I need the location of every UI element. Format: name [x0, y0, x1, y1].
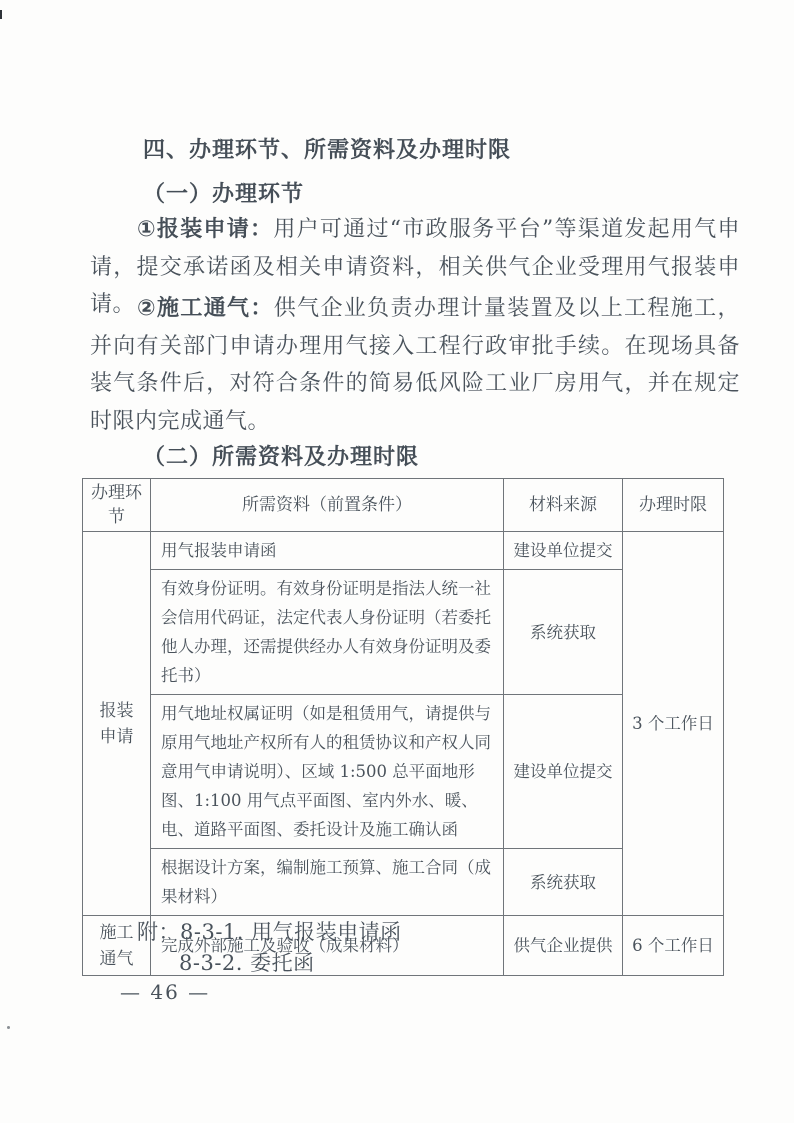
- paragraph-2: ②施工通气：供气企业负责办理计量装置及以上工程施工，并向有关部门申请办理用气接入…: [90, 290, 740, 440]
- materials-table: 办理环节 所需资料（前置条件） 材料来源 办理时限 报装申请 用气报装申请函 建…: [82, 478, 724, 976]
- source-cell: 系统获取: [504, 849, 623, 916]
- document-page: 四、办理环节、所需资料及办理时限 （一）办理环节 ①报装申请：用户可通过“市政服…: [0, 0, 794, 1123]
- table-header-row: 办理环节 所需资料（前置条件） 材料来源 办理时限: [83, 479, 724, 532]
- header-cell-materials: 所需资料（前置条件）: [151, 479, 504, 532]
- time-cell-3days: 3 个工作日: [623, 532, 724, 916]
- attachment-label: 附：: [137, 920, 180, 944]
- table-row: 报装申请 用气报装申请函 建设单位提交 3 个工作日: [83, 532, 724, 570]
- scan-artifact-edge: [0, 10, 2, 19]
- header-cell-stage: 办理环节: [83, 479, 151, 532]
- stage-cell-baozhuang: 报装申请: [83, 532, 151, 916]
- attachment-item-1: 8-3-1. 用气报装申请函: [180, 920, 402, 944]
- main-heading: 四、办理环节、所需资料及办理时限: [90, 137, 744, 165]
- material-cell: 用气地址权属证明（如是租赁用气，请提供与原用气地址产权所有人的租赁协议和产权人同…: [151, 695, 504, 849]
- paragraph-2-lead: ②施工通气：: [137, 296, 274, 321]
- material-cell: 用气报装申请函: [151, 532, 504, 570]
- source-cell: 建设单位提交: [504, 532, 623, 570]
- header-cell-time: 办理时限: [623, 479, 724, 532]
- time-cell-6days: 6 个工作日: [623, 916, 724, 976]
- attachment-item-2: 8-3-2. 委托函: [137, 948, 402, 979]
- page-number: — 46 —: [120, 980, 210, 1004]
- attachment-item: 附：8-3-1. 用气报装申请函: [137, 917, 402, 948]
- section-1-title: （一）办理环节: [90, 180, 744, 208]
- material-cell: 有效身份证明。有效身份证明是指法人统一社会信用代码证，法定代表人身份证明（若委托…: [151, 570, 504, 695]
- source-cell: 建设单位提交: [504, 695, 623, 849]
- scan-artifact-speck: [7, 1026, 10, 1029]
- material-cell: 根据设计方案，编制施工预算、施工合同（成果材料）: [151, 849, 504, 916]
- header-cell-source: 材料来源: [504, 479, 623, 532]
- attachment-list: 附：8-3-1. 用气报装申请函 8-3-2. 委托函: [137, 917, 402, 979]
- source-cell: 系统获取: [504, 570, 623, 695]
- source-cell: 供气企业提供: [504, 916, 623, 976]
- section-2-title: （二）所需资料及办理时限: [90, 443, 744, 471]
- paragraph-1-lead: ①报装申请：: [137, 217, 273, 242]
